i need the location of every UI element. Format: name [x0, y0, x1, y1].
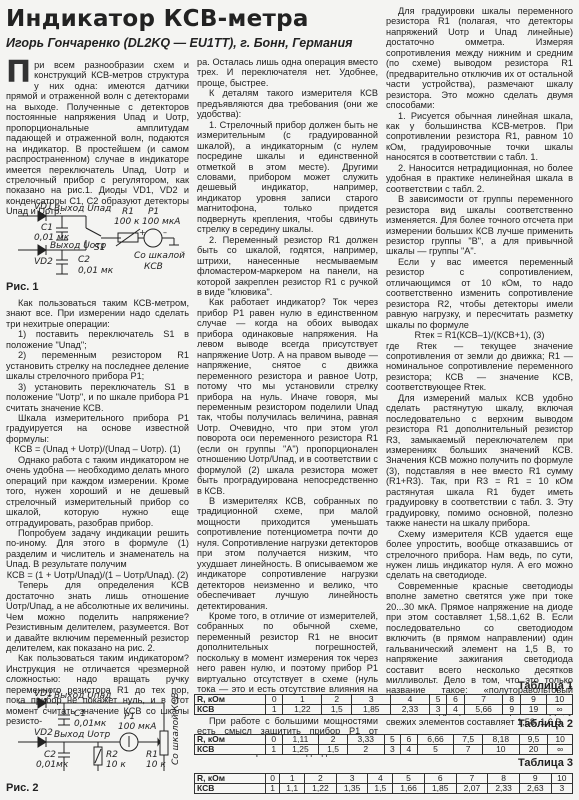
paragraph: 2. Наносится нетрадиционная, но более уд…: [386, 163, 573, 194]
svg-text:R1: R1: [146, 750, 158, 760]
paragraph: В измерителях КСВ, собранных по традицио…: [197, 496, 378, 611]
table-row: R, кОм 012345678910: [195, 774, 573, 784]
table-row: R, кОм 012345678910: [195, 695, 573, 705]
svg-text:–: –: [163, 228, 167, 237]
drop-cap: П: [6, 61, 31, 85]
svg-text:VD2: VD2: [34, 728, 53, 738]
table-3-caption: Таблица 3: [518, 757, 573, 769]
paragraph: 1) поставить переключатель S1 в положени…: [6, 329, 189, 350]
table-row: R, кОм 01,1123,33566,667,58,189,510: [195, 735, 573, 745]
paragraph: ри всем разнообразии схем и конструкций …: [6, 60, 189, 217]
svg-text:100 мкА: 100 мкА: [142, 217, 180, 227]
circuit-diagram-icon: VD1 Выход Uпад C1 0,01мк VD2 Выход Uотр …: [6, 683, 191, 778]
svg-text:C2: C2: [44, 750, 56, 760]
paragraph: 2) переменным резистором R1 установить с…: [6, 350, 189, 381]
paragraph: Шкала измерительного прибора P1 градуиру…: [6, 413, 189, 444]
svg-text:VD2: VD2: [34, 257, 53, 267]
paragraph: В зависимости от группы переменного рези…: [386, 194, 573, 257]
svg-text:VD1: VD1: [34, 202, 53, 212]
article-title: Индикатор КСВ-метра: [6, 6, 309, 32]
svg-text:КСВ: КСВ: [144, 262, 163, 272]
paragraph: К деталям такого измерителя КСВ предъявл…: [197, 88, 378, 119]
table-row: КСВ 11,221,51,852,33345,66919∞: [195, 705, 573, 715]
svg-text:0,01мк: 0,01мк: [36, 760, 69, 770]
svg-text:100 к: 100 к: [114, 217, 140, 227]
column-1-body: Как пользоваться таким КСВ-метром, знают…: [6, 298, 189, 727]
paragraph: где Rтек — текущее значение сопротивлени…: [386, 341, 573, 393]
svg-text:Выход Uпад: Выход Uпад: [54, 691, 111, 701]
table-row: КСВ 11,11,221,351,51,661,852,072,332,633: [195, 784, 573, 794]
paragraph: Как работает индикатор? Ток через прибор…: [197, 297, 378, 496]
figure-1-schematic: VD1 Выход Uпад C1 0,01 мк Выход Uотр S1 …: [6, 198, 191, 280]
table-1: R, кОм 012345678910 КСВ 11,221,51,852,33…: [194, 694, 573, 715]
paragraph: Однако работа с таким индикатором не оче…: [6, 455, 189, 528]
paragraph: Для измерений малых КСВ удобно сделать р…: [386, 393, 573, 529]
figure-1-caption: Рис. 1: [6, 281, 38, 293]
svg-text:C1: C1: [74, 709, 86, 719]
column-3-body: Для градуировки шкалы переменного резист…: [386, 6, 573, 727]
figure-2-schematic: VD1 Выход Uпад C1 0,01мк VD2 Выход Uотр …: [6, 683, 191, 778]
svg-text:10 к: 10 к: [106, 760, 126, 770]
paragraph: 1. Рисуется обычная линейная шкала, как …: [386, 111, 573, 163]
svg-text:P1: P1: [124, 712, 135, 722]
table-2: R, кОм 01,1123,33566,667,58,189,510 КСВ …: [194, 734, 573, 755]
svg-text:Со шкалой КСВ: Со шкалой КСВ: [171, 692, 181, 765]
paragraph: Если у вас имеется переменный резистор с…: [386, 257, 573, 330]
article-byline: Игорь Гончаренко (DL2KQ — EU1TT), г. Бон…: [6, 36, 352, 50]
svg-text:0,01 мк: 0,01 мк: [78, 266, 114, 276]
paragraph: Как пользоваться таким КСВ-метром, знают…: [6, 298, 189, 329]
figure-2-caption: Рис. 2: [6, 782, 38, 794]
svg-text:VD1: VD1: [34, 689, 53, 699]
svg-text:Выход Uотр: Выход Uотр: [54, 730, 111, 740]
svg-text:100 мкА: 100 мкА: [118, 722, 156, 732]
paragraph: Попробуем задачу индикации решить по-ино…: [6, 528, 189, 570]
table-1-caption: Таблица 1: [518, 680, 573, 692]
paragraph: 3) установить переключатель S1 в положен…: [6, 382, 189, 413]
paragraph: Для градуировки шкалы переменного резист…: [386, 6, 573, 111]
paragraph: 1. Стрелочный прибор должен быть не изме…: [197, 120, 378, 235]
svg-text:C1: C1: [41, 223, 53, 233]
svg-text:S1: S1: [94, 243, 105, 253]
column-1-intro: П ри всем разнообразии схем и конструкци…: [6, 60, 189, 217]
paragraph: 2. Переменный резистор R1 должен быть со…: [197, 235, 378, 298]
svg-text:Выход Uпад: Выход Uпад: [54, 204, 111, 214]
svg-text:Со шкалой: Со шкалой: [134, 251, 185, 261]
svg-text:C2: C2: [78, 255, 90, 265]
paragraph: Теперь для определения КСВ достаточно зн…: [6, 580, 189, 653]
formula-3: Rтек = R1(КСВ–1)/(КСВ+1), (3): [386, 330, 573, 340]
column-2-body: ра. Осталась лишь одна операция вместо т…: [197, 57, 378, 757]
table-3: R, кОм 012345678910 КСВ 11,11,221,351,51…: [194, 773, 573, 794]
svg-text:P1: P1: [148, 207, 159, 217]
table-2-caption: Таблица 2: [518, 718, 573, 730]
table-row: КСВ 11,251,5234571020∞: [195, 745, 573, 755]
paragraph: ра. Осталась лишь одна операция вместо т…: [197, 57, 378, 88]
circuit-diagram-icon: VD1 Выход Uпад C1 0,01 мк Выход Uотр S1 …: [6, 198, 191, 280]
svg-text:R2: R2: [106, 750, 118, 760]
svg-text:10 к: 10 к: [146, 760, 166, 770]
svg-text:R1: R1: [122, 207, 134, 217]
svg-text:0,01мк: 0,01мк: [74, 719, 107, 729]
paragraph: Схему измерителя КСВ удается еще более у…: [386, 529, 573, 581]
svg-text:+: +: [139, 228, 146, 237]
formula-1: КСВ = (Uпад + Uотр)/(Uпад – Uотр). (1): [6, 444, 189, 454]
formula-2: КСВ = (1 + Uотр/Uпад)/(1 – Uотр/Uпад). (…: [6, 570, 189, 580]
